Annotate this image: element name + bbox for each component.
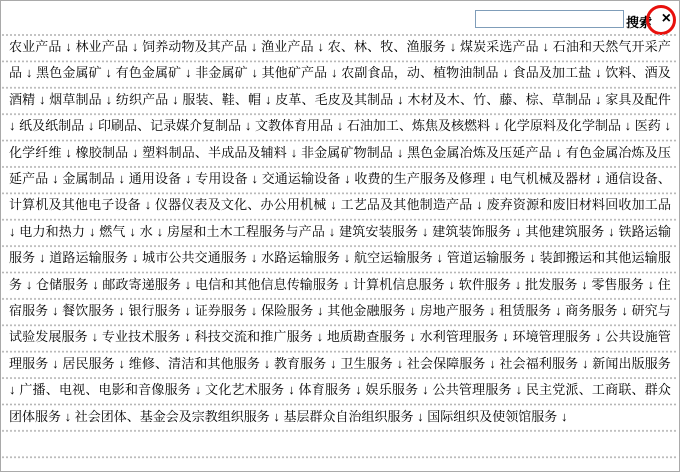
category-item[interactable]: 纺织产品 bbox=[116, 92, 169, 107]
down-arrow-icon: ↓ bbox=[132, 145, 139, 160]
down-arrow-icon: ↓ bbox=[119, 171, 126, 186]
down-arrow-icon: ↓ bbox=[39, 250, 46, 265]
down-arrow-icon: ↓ bbox=[625, 118, 632, 133]
category-item[interactable]: 社会团体、基金会及宗教组织服务 bbox=[75, 409, 270, 424]
down-arrow-icon: ↓ bbox=[184, 329, 191, 344]
category-item[interactable]: 通用设备 bbox=[129, 171, 181, 186]
down-arrow-icon: ↓ bbox=[195, 382, 202, 397]
down-arrow-icon: ↓ bbox=[331, 65, 338, 80]
category-item[interactable]: 交通运输设备 bbox=[262, 171, 341, 186]
category-item[interactable]: 塑料制品、半成品及辅料 bbox=[142, 145, 287, 160]
category-item[interactable]: 文教体育用品 bbox=[255, 118, 333, 133]
down-arrow-icon: ↓ bbox=[185, 171, 192, 186]
down-arrow-icon: ↓ bbox=[397, 92, 404, 107]
category-item[interactable]: 国际组织及使领馆服务 bbox=[427, 409, 557, 424]
down-arrow-icon: ↓ bbox=[595, 171, 602, 186]
down-arrow-icon: ↓ bbox=[582, 356, 589, 371]
down-arrow-icon: ↓ bbox=[9, 382, 16, 397]
down-arrow-icon: ↓ bbox=[251, 39, 258, 54]
category-item[interactable]: 农、林、牧、渔服务 bbox=[328, 39, 446, 54]
down-arrow-icon: ↓ bbox=[132, 250, 139, 265]
down-arrow-icon: ↓ bbox=[291, 145, 298, 160]
category-item[interactable]: 印刷品、记录媒介复制品 bbox=[98, 118, 241, 133]
category-item[interactable]: 基层群众自治组织服务 bbox=[284, 409, 414, 424]
down-arrow-icon: ↓ bbox=[105, 65, 112, 80]
category-item[interactable]: 房地产服务 bbox=[420, 303, 485, 318]
category-item[interactable]: 租赁服务 bbox=[499, 303, 551, 318]
down-arrow-icon: ↓ bbox=[65, 145, 72, 160]
down-arrow-icon: ↓ bbox=[489, 356, 496, 371]
category-item[interactable]: 化学原料及化学制品 bbox=[504, 118, 621, 133]
down-arrow-icon: ↓ bbox=[52, 356, 59, 371]
category-item[interactable]: 农副食品，动、植物油制品 bbox=[341, 65, 498, 80]
down-arrow-icon: ↓ bbox=[397, 145, 404, 160]
category-item[interactable]: 体育服务 bbox=[299, 382, 352, 397]
category-item[interactable]: 饲养动物及其产品 bbox=[142, 39, 247, 54]
down-arrow-icon: ↓ bbox=[65, 409, 72, 424]
down-arrow-icon: ↓ bbox=[409, 303, 416, 318]
category-item[interactable]: 教育服务 bbox=[274, 356, 326, 371]
category-item[interactable]: 银行服务 bbox=[128, 303, 180, 318]
category-item[interactable]: 保险服务 bbox=[261, 303, 313, 318]
down-arrow-icon: ↓ bbox=[39, 92, 46, 107]
category-item[interactable]: 管道运输服务 bbox=[447, 250, 526, 265]
category-item[interactable]: 水利管理服务 bbox=[420, 329, 499, 344]
category-item[interactable]: 仓储服务 bbox=[36, 277, 88, 292]
down-arrow-icon: ↓ bbox=[489, 303, 496, 318]
category-item[interactable]: 道路运输服务 bbox=[49, 250, 128, 265]
down-arrow-icon: ↓ bbox=[52, 303, 59, 318]
down-arrow-icon: ↓ bbox=[355, 382, 362, 397]
down-arrow-icon: ↓ bbox=[26, 65, 33, 80]
category-item[interactable]: 广播、电视、电影和音像服务 bbox=[19, 382, 191, 397]
category-item[interactable]: 社会保障服务 bbox=[407, 356, 486, 371]
category-item[interactable]: 专用设备 bbox=[195, 171, 247, 186]
category-item[interactable]: 黑色金属矿 bbox=[36, 65, 102, 80]
category-item[interactable]: 农业产品 bbox=[9, 39, 62, 54]
down-arrow-icon: ↓ bbox=[92, 329, 99, 344]
category-item[interactable]: 地质勘查服务 bbox=[327, 329, 406, 344]
category-item[interactable]: 服装、鞋、帽 bbox=[182, 92, 261, 107]
down-arrow-icon: ↓ bbox=[515, 277, 522, 292]
down-arrow-icon: ↓ bbox=[555, 303, 562, 318]
category-item[interactable]: 非金属矿物制品 bbox=[301, 145, 393, 160]
down-arrow-icon: ↓ bbox=[330, 356, 337, 371]
category-flow: 农业产品 ↓ 林业产品 ↓ 饲养动物及其产品 ↓ 渔业产品 ↓ 农、林、牧、渔服… bbox=[1, 1, 679, 430]
category-picker-window: 搜索 × 农业产品 ↓ 林业产品 ↓ 饲养动物及其产品 ↓ 渔业产品 ↓ 农、林… bbox=[0, 0, 680, 472]
down-arrow-icon: ↓ bbox=[409, 329, 416, 344]
category-item[interactable]: 科技交流和推广服务 bbox=[195, 329, 313, 344]
category-item[interactable]: 橡胶制品 bbox=[76, 145, 129, 160]
category-item[interactable]: 非金属矿 bbox=[195, 65, 247, 80]
down-arrow-icon: ↓ bbox=[88, 118, 95, 133]
down-arrow-icon: ↓ bbox=[89, 224, 96, 239]
category-item[interactable]: 电信和其他信息传输服务 bbox=[195, 277, 339, 292]
down-arrow-icon: ↓ bbox=[330, 197, 337, 212]
category-item[interactable]: 金属制品 bbox=[62, 171, 114, 186]
down-arrow-icon: ↓ bbox=[595, 65, 602, 80]
down-arrow-icon: ↓ bbox=[494, 118, 501, 133]
category-item[interactable]: 居民服务 bbox=[62, 356, 114, 371]
category-item[interactable]: 环境管理服务 bbox=[512, 329, 591, 344]
category-item[interactable]: 燃气 bbox=[99, 224, 125, 239]
down-arrow-icon: ↓ bbox=[288, 382, 295, 397]
category-item[interactable]: 餐饮服务 bbox=[62, 303, 114, 318]
category-item[interactable]: 建筑装饰服务 bbox=[432, 224, 511, 239]
category-item[interactable]: 木材及木、竹、藤、棕、草制品 bbox=[407, 92, 591, 107]
down-arrow-icon: ↓ bbox=[476, 197, 483, 212]
down-arrow-icon: ↓ bbox=[245, 118, 252, 133]
down-arrow-icon: ↓ bbox=[132, 39, 139, 54]
category-item[interactable]: 家具及配件 bbox=[605, 92, 671, 107]
category-item[interactable]: 其他矿产品 bbox=[262, 65, 328, 80]
down-arrow-icon: ↓ bbox=[185, 277, 192, 292]
category-item[interactable]: 电力和热力 bbox=[19, 224, 85, 239]
down-arrow-icon: ↓ bbox=[251, 250, 258, 265]
down-arrow-icon: ↓ bbox=[581, 277, 588, 292]
category-item[interactable]: 娱乐服务 bbox=[366, 382, 419, 397]
down-arrow-icon: ↓ bbox=[515, 224, 522, 239]
down-arrow-icon: ↓ bbox=[437, 250, 444, 265]
category-item[interactable]: 电气机械及器材 bbox=[500, 171, 592, 186]
down-arrow-icon: ↓ bbox=[317, 329, 324, 344]
category-item[interactable]: 专业技术服务 bbox=[102, 329, 181, 344]
category-item[interactable]: 公共管理服务 bbox=[433, 382, 512, 397]
down-arrow-icon: ↓ bbox=[422, 224, 429, 239]
down-arrow-icon: ↓ bbox=[489, 171, 496, 186]
down-arrow-icon: ↓ bbox=[157, 224, 164, 239]
down-arrow-icon: ↓ bbox=[118, 303, 125, 318]
down-arrow-icon: ↓ bbox=[251, 65, 258, 80]
down-arrow-icon: ↓ bbox=[26, 277, 33, 292]
down-arrow-icon: ↓ bbox=[106, 92, 113, 107]
category-item[interactable]: 新闻出版服务 bbox=[592, 356, 671, 371]
down-arrow-icon: ↓ bbox=[52, 171, 59, 186]
category-item[interactable]: 软件服务 bbox=[459, 277, 511, 292]
down-arrow-icon: ↓ bbox=[9, 118, 16, 133]
down-arrow-icon: ↓ bbox=[329, 224, 336, 239]
down-arrow-icon: ↓ bbox=[264, 356, 271, 371]
category-item[interactable]: 烟草制品 bbox=[49, 92, 102, 107]
down-arrow-icon: ↓ bbox=[608, 224, 615, 239]
down-arrow-icon: ↓ bbox=[543, 39, 550, 54]
down-arrow-icon: ↓ bbox=[343, 277, 350, 292]
category-item[interactable]: 商务服务 bbox=[565, 303, 617, 318]
category-item[interactable]: 房屋和土木工程服务与产品 bbox=[167, 224, 325, 239]
category-item[interactable]: 工艺品及其他制造产品 bbox=[341, 197, 473, 212]
category-item[interactable]: 批发服务 bbox=[525, 277, 577, 292]
down-arrow-icon: ↓ bbox=[502, 65, 509, 80]
category-item[interactable]: 食品及加工盐 bbox=[513, 65, 592, 80]
down-arrow-icon: ↓ bbox=[516, 382, 523, 397]
category-item[interactable]: 卫生服务 bbox=[340, 356, 392, 371]
down-arrow-icon: ↓ bbox=[664, 118, 671, 133]
down-arrow-icon: ↓ bbox=[9, 224, 16, 239]
category-item[interactable]: 煤炭采选产品 bbox=[460, 39, 539, 54]
down-arrow-icon: ↓ bbox=[119, 356, 126, 371]
down-arrow-icon: ↓ bbox=[450, 39, 457, 54]
down-arrow-icon: ↓ bbox=[561, 409, 568, 424]
category-item[interactable]: 收费的生产服务及修理 bbox=[354, 171, 485, 186]
category-item[interactable]: 仪器仪表及文化、办公用机械 bbox=[155, 197, 326, 212]
category-item[interactable]: 计算机信息服务 bbox=[353, 277, 445, 292]
category-item[interactable]: 邮政寄递服务 bbox=[102, 277, 181, 292]
category-item[interactable]: 航空运输服务 bbox=[354, 250, 433, 265]
down-arrow-icon: ↓ bbox=[65, 39, 72, 54]
down-arrow-icon: ↓ bbox=[129, 224, 136, 239]
down-arrow-icon: ↓ bbox=[251, 171, 258, 186]
category-item[interactable]: 文化艺术服务 bbox=[205, 382, 284, 397]
category-item[interactable]: 石油加工、炼焦及核燃料 bbox=[347, 118, 490, 133]
category-item[interactable]: 有色金属矿 bbox=[116, 65, 182, 80]
down-arrow-icon: ↓ bbox=[317, 303, 324, 318]
down-arrow-icon: ↓ bbox=[556, 145, 563, 160]
category-item[interactable]: 水 bbox=[140, 224, 153, 239]
category-item[interactable]: 纸及纸制品 bbox=[19, 118, 84, 133]
down-arrow-icon: ↓ bbox=[648, 277, 655, 292]
category-item[interactable]: 证券服务 bbox=[195, 303, 247, 318]
category-item[interactable]: 维修、清洁和其他服务 bbox=[129, 356, 260, 371]
category-item[interactable]: 其他金融服务 bbox=[327, 303, 406, 318]
down-arrow-icon: ↓ bbox=[344, 250, 351, 265]
down-arrow-icon: ↓ bbox=[273, 409, 280, 424]
down-arrow-icon: ↓ bbox=[185, 303, 192, 318]
category-item[interactable]: 零售服务 bbox=[591, 277, 643, 292]
down-arrow-icon: ↓ bbox=[422, 382, 429, 397]
down-arrow-icon: ↓ bbox=[344, 171, 351, 186]
category-item[interactable]: 渔业产品 bbox=[261, 39, 314, 54]
down-arrow-icon: ↓ bbox=[595, 92, 602, 107]
down-arrow-icon: ↓ bbox=[337, 118, 344, 133]
down-arrow-icon: ↓ bbox=[185, 65, 192, 80]
down-arrow-icon: ↓ bbox=[417, 409, 424, 424]
category-item[interactable]: 其他建筑服务 bbox=[525, 224, 604, 239]
down-arrow-icon: ↓ bbox=[397, 356, 404, 371]
down-arrow-icon: ↓ bbox=[265, 92, 272, 107]
category-item[interactable]: 社会福利服务 bbox=[500, 356, 579, 371]
down-arrow-icon: ↓ bbox=[92, 277, 99, 292]
down-arrow-icon: ↓ bbox=[251, 303, 258, 318]
category-item[interactable]: 化学纤维 bbox=[9, 145, 62, 160]
category-item[interactable]: 皮革、毛皮及其制品 bbox=[275, 92, 393, 107]
down-arrow-icon: ↓ bbox=[449, 277, 456, 292]
down-arrow-icon: ↓ bbox=[595, 329, 602, 344]
category-item[interactable]: 林业产品 bbox=[76, 39, 129, 54]
category-item[interactable]: 建筑安装服务 bbox=[339, 224, 418, 239]
category-item[interactable]: 医药 bbox=[635, 118, 661, 133]
down-arrow-icon: ↓ bbox=[145, 197, 152, 212]
category-item[interactable]: 废弃资源和废旧材料回收加工品 bbox=[487, 197, 671, 212]
down-arrow-icon: ↓ bbox=[621, 303, 628, 318]
down-arrow-icon: ↓ bbox=[502, 329, 509, 344]
category-item[interactable]: 黑色金属冶炼及压延产品 bbox=[407, 145, 552, 160]
down-arrow-icon: ↓ bbox=[529, 250, 536, 265]
category-item[interactable]: 水路运输服务 bbox=[261, 250, 340, 265]
down-arrow-icon: ↓ bbox=[317, 39, 324, 54]
category-item[interactable]: 城市公共交通服务 bbox=[142, 250, 247, 265]
down-arrow-icon: ↓ bbox=[172, 92, 179, 107]
